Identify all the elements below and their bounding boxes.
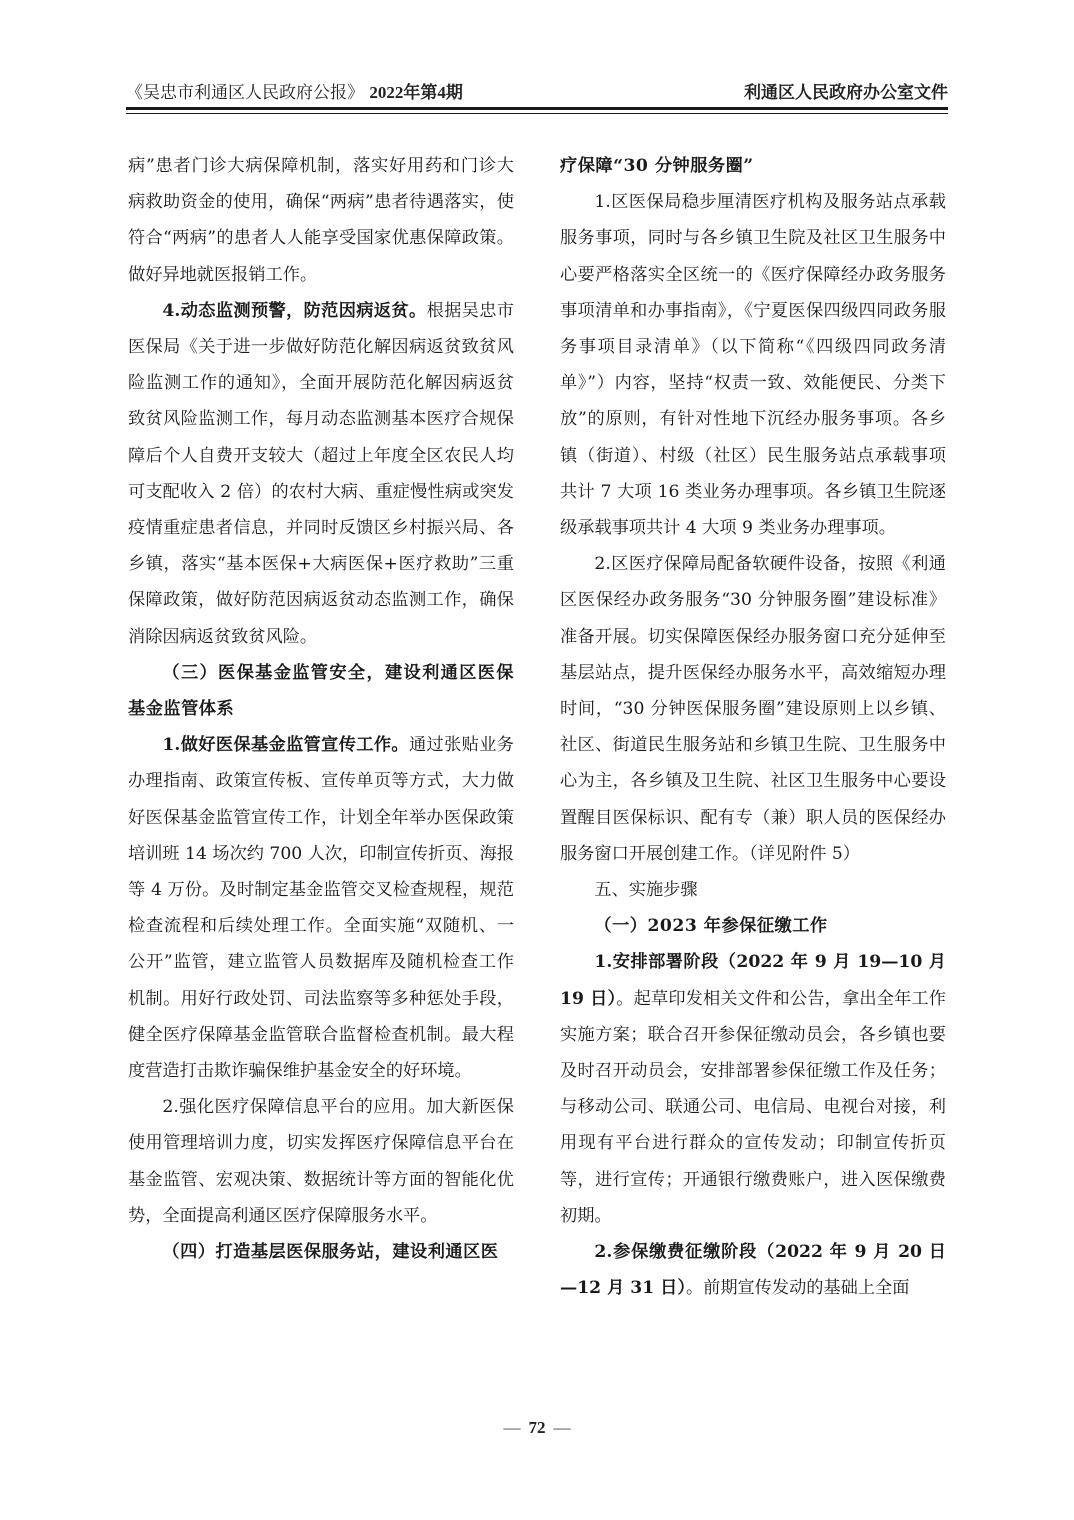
section-heading: （四）打造基层医保服务站，建设利通区医: [128, 1234, 514, 1270]
dash-left: —: [504, 1418, 521, 1437]
paragraph: 病”患者门诊大病保障机制，落实好用药和门诊大病救助资金的使用，确保“两病”患者待…: [128, 148, 514, 293]
section-heading: （三）医保基金监管安全，建设利通区医保基金监管体系: [128, 655, 514, 727]
paragraph-body: 。前期宣传发动的基础上全面: [686, 1278, 909, 1298]
subsection-heading: （一）2023 年参保征缴工作: [560, 908, 946, 944]
paragraph-body: 通过张贴业务办理指南、政策宣传板、宣传单页等方式，大力做好医保基金监管宣传工作，…: [128, 735, 514, 1081]
dash-right: —: [554, 1418, 571, 1437]
publication-name: 《吴忠市利通区人民政府公报》: [126, 83, 364, 103]
paragraph-body: 。起草印发相关文件和公告，拿出全年工作实施方案；联合召开参保征缴动员会，各乡镇也…: [560, 989, 946, 1226]
left-column: 病”患者门诊大病保障机制，落实好用药和门诊大病救助资金的使用，确保“两病”患者待…: [128, 148, 514, 1270]
paragraph: 2.区医疗保障局配备软硬件设备，按照《利通区医保经办政务服务“30 分钟服务圈”…: [560, 546, 946, 872]
paragraph: 4.动态监测预警，防范因病返贫。根据吴忠市医保局《关于进一步做好防范化解因病返贫…: [128, 293, 514, 655]
paragraph-heading: 1.做好医保基金监管宣传工作。: [162, 735, 409, 755]
paragraph: 1.做好医保基金监管宣传工作。通过张贴业务办理指南、政策宣传板、宣传单页等方式，…: [128, 727, 514, 1089]
paragraph: 2.参保缴费征缴阶段（2022 年 9 月 20 日—12 月 31 日）。前期…: [560, 1234, 946, 1306]
paragraph-body: 根据吴忠市医保局《关于进一步做好防范化解因病返贫致贫风险监测工作的通知》，全面开…: [128, 301, 514, 647]
page-header: 《吴忠市利通区人民政府公报》 2022年第4期 利通区人民政府办公室文件: [126, 76, 948, 106]
page-footer: —72—: [0, 1418, 1074, 1438]
issue-number: 2022年第4期: [369, 83, 463, 102]
section-heading: 五、实施步骤: [560, 872, 946, 908]
document-source: 利通区人民政府办公室文件: [744, 78, 948, 103]
header-rule-thin: [126, 113, 948, 114]
page-number: 72: [529, 1418, 546, 1437]
header-rule-thick: [126, 107, 948, 110]
paragraph-heading: 4.动态监测预警，防范因病返贫。: [162, 301, 426, 321]
section-heading-continued: 疗保障“30 分钟服务圈”: [560, 148, 946, 184]
paragraph: 1.区医保局稳步厘清医疗机构及服务站点承载服务事项，同时与各乡镇卫生院及社区卫生…: [560, 184, 946, 546]
publication-title: 《吴忠市利通区人民政府公报》 2022年第4期: [126, 78, 463, 103]
paragraph: 2.强化医疗保障信息平台的应用。加大新医保使用管理培训力度，切实发挥医疗保障信息…: [128, 1089, 514, 1234]
right-column: 疗保障“30 分钟服务圈” 1.区医保局稳步厘清医疗机构及服务站点承载服务事项，…: [560, 148, 946, 1307]
paragraph: 1.安排部署阶段（2022 年 9 月 19—10 月 19 日）。起草印发相关…: [560, 944, 946, 1234]
